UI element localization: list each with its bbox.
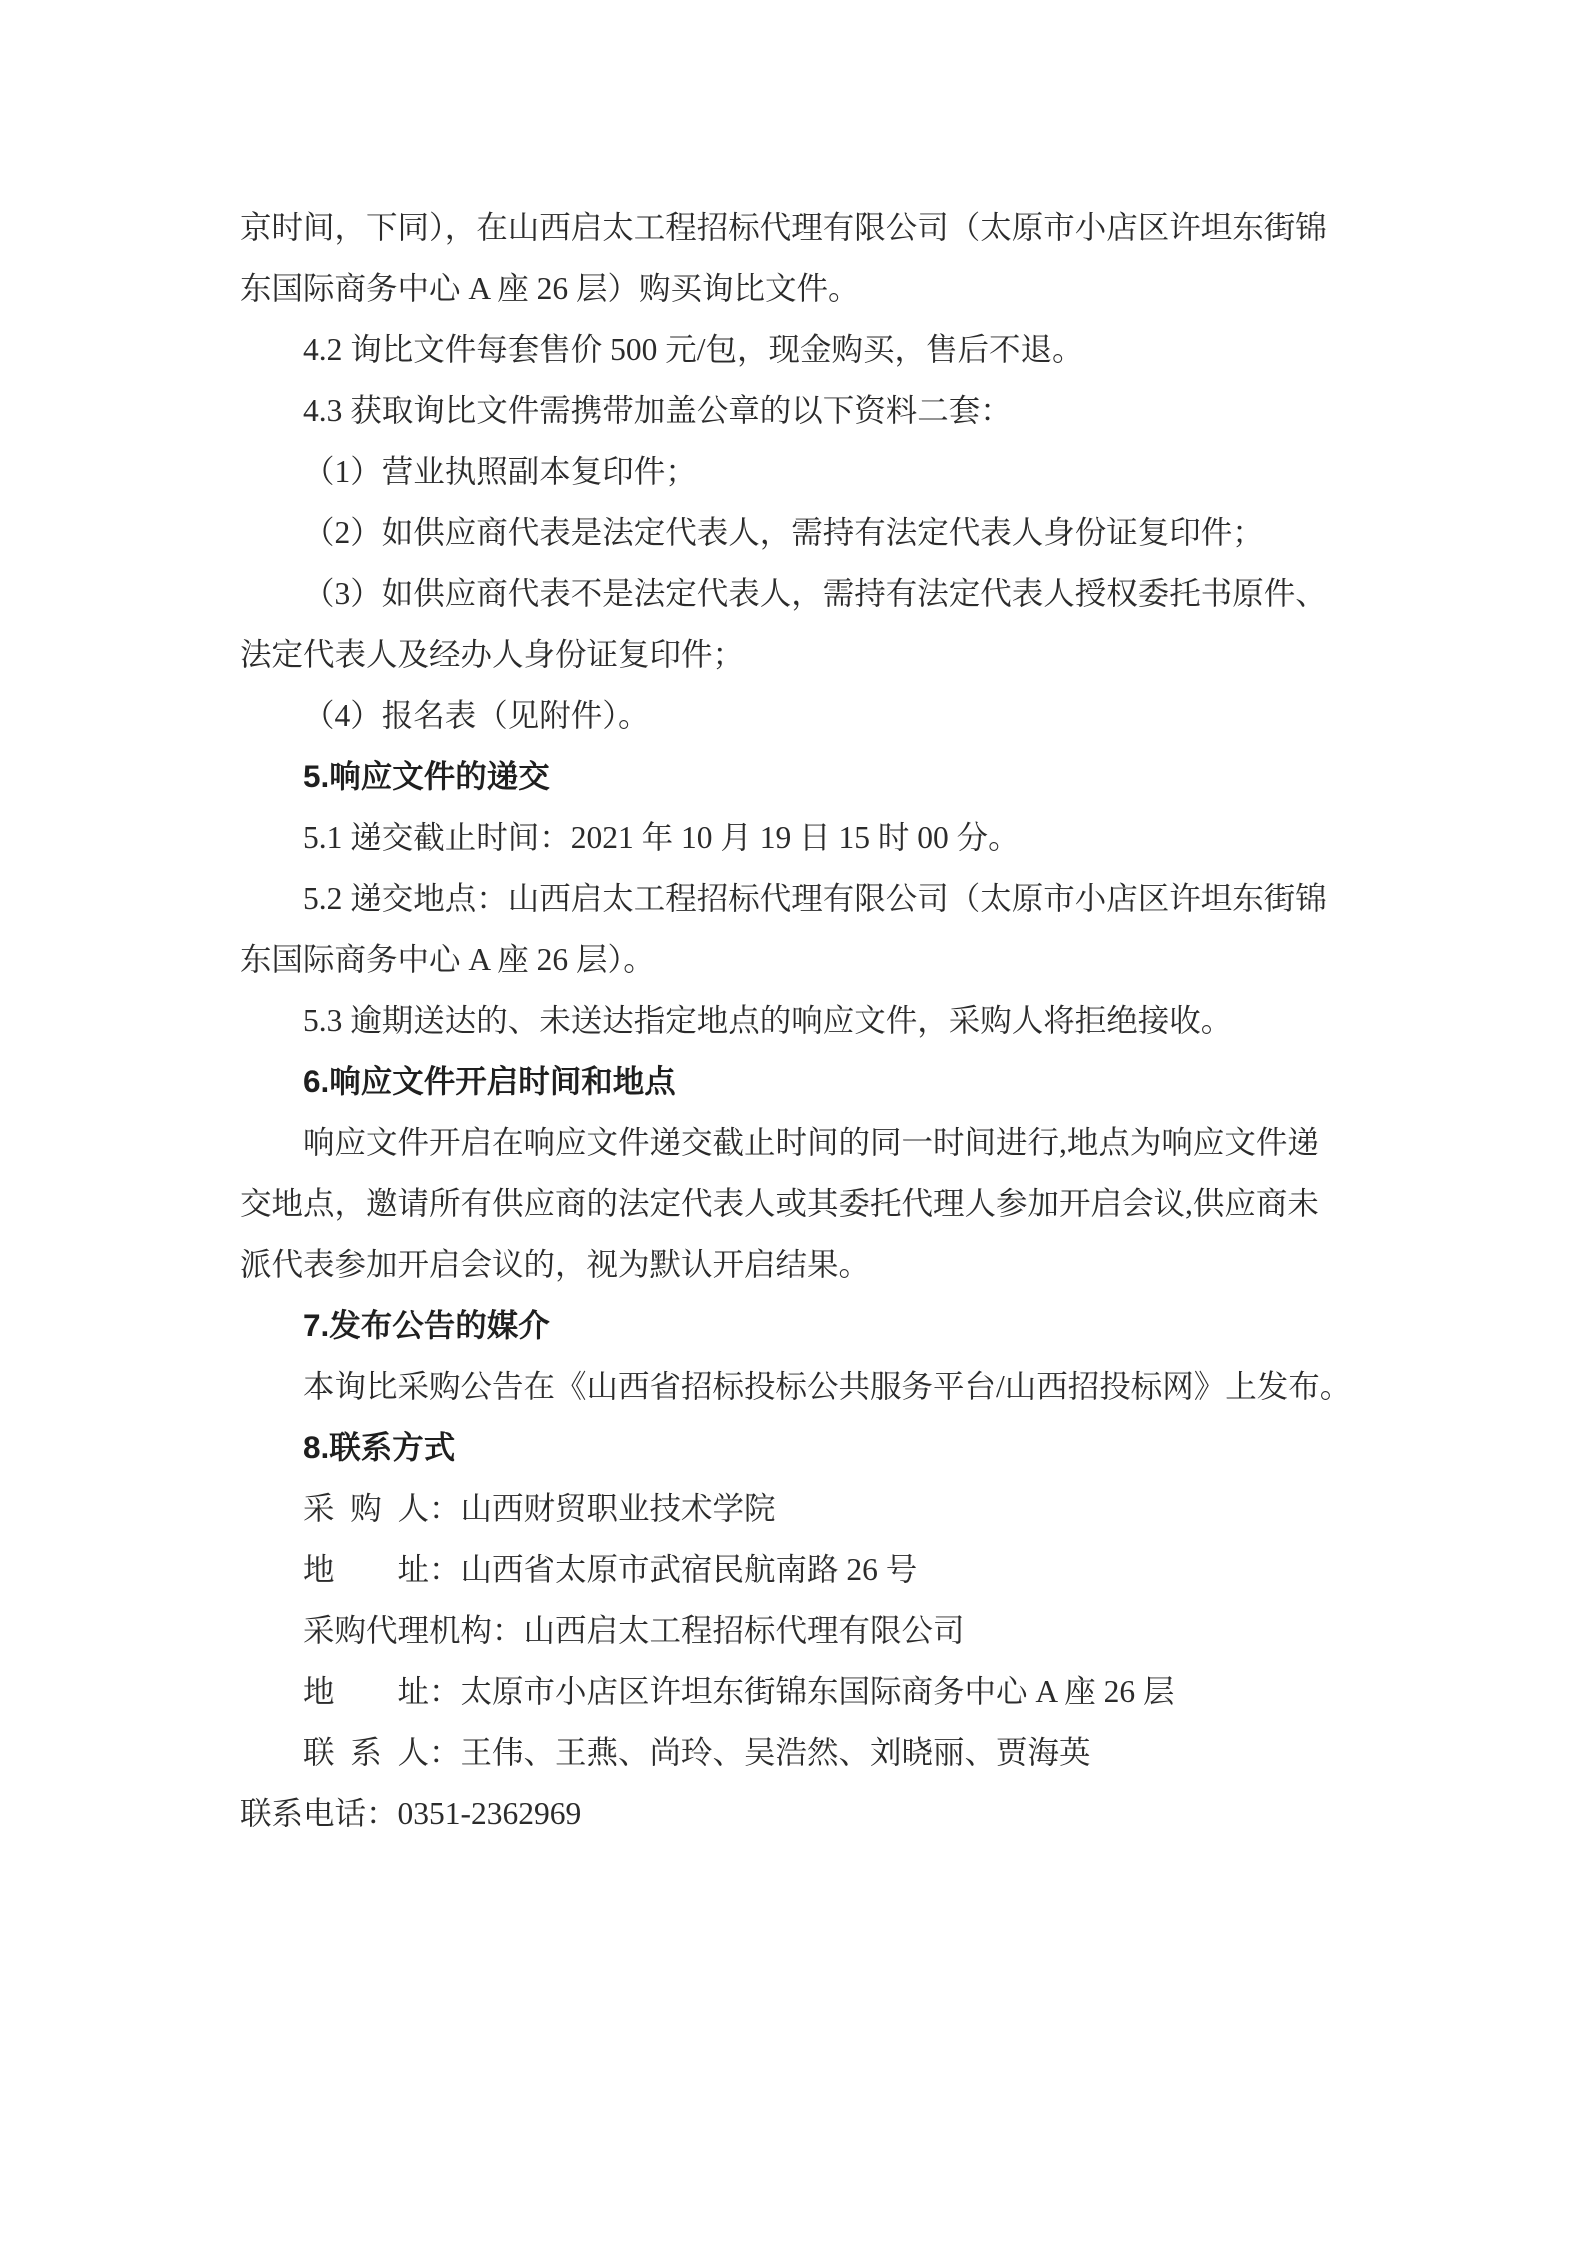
doc-line: 东国际商务中心 A 座 26 层）。 bbox=[240, 929, 1420, 990]
contact-label: 采购人 bbox=[303, 1478, 429, 1539]
line-text: 响应文件开启在响应文件递交截止时间的同一时间进行,地点为响应文件递 bbox=[303, 1125, 1319, 1160]
line-text: 法定代表人及经办人身份证复印件； bbox=[240, 637, 744, 672]
doc-line: 5.1 递交截止时间：2021 年 10 月 19 日 15 时 00 分。 bbox=[240, 807, 1420, 868]
doc-line: 交地点，邀请所有供应商的法定代表人或其委托代理人参加开启会议,供应商未 bbox=[240, 1173, 1420, 1234]
contact-label: 联系人 bbox=[303, 1722, 429, 1783]
line-text: 4.2 询比文件每套售价 500 元/包，现金购买，售后不退。 bbox=[303, 332, 1084, 367]
doc-line: （2）如供应商代表是法定代表人，需持有法定代表人身份证复印件； bbox=[240, 502, 1420, 563]
contact-label: 地址 bbox=[303, 1539, 429, 1600]
line-text: 交地点，邀请所有供应商的法定代表人或其委托代理人参加开启会议,供应商未 bbox=[240, 1186, 1319, 1221]
doc-line: 4.2 询比文件每套售价 500 元/包，现金购买，售后不退。 bbox=[240, 319, 1420, 380]
contact-label: 采购代理机构 bbox=[303, 1613, 492, 1648]
doc-line: 5.3 逾期送达的、未送达指定地点的响应文件，采购人将拒绝接收。 bbox=[240, 990, 1420, 1051]
line-text: ：太原市小店区许坦东街锦东国际商务中心 A 座 26 层 bbox=[429, 1674, 1175, 1709]
line-text: 5.1 递交截止时间：2021 年 10 月 19 日 15 时 00 分。 bbox=[303, 820, 1020, 855]
doc-line: 7.发布公告的媒介 bbox=[240, 1295, 1420, 1356]
doc-line: 5.响应文件的递交 bbox=[240, 746, 1420, 807]
doc-line: 8.联系方式 bbox=[240, 1417, 1420, 1478]
doc-line: 4.3 获取询比文件需携带加盖公章的以下资料二套： bbox=[240, 380, 1420, 441]
doc-line: 派代表参加开启会议的，视为默认开启结果。 bbox=[240, 1234, 1420, 1295]
doc-line: （3）如供应商代表不是法定代表人，需持有法定代表人授权委托书原件、 bbox=[240, 563, 1420, 624]
line-text: 5.响应文件的递交 bbox=[303, 758, 550, 794]
doc-line: 联系电话：0351-2362969 bbox=[240, 1783, 1420, 1844]
line-text: （3）如供应商代表不是法定代表人，需持有法定代表人授权委托书原件、 bbox=[303, 576, 1327, 611]
document-page: 京时间，下同），在山西启太工程招标代理有限公司（太原市小店区许坦东街锦东国际商务… bbox=[0, 0, 1587, 2245]
doc-line: 本询比采购公告在《山西省招标投标公共服务平台/山西招投标网》上发布。 bbox=[240, 1356, 1420, 1417]
doc-line: 5.2 递交地点：山西启太工程招标代理有限公司（太原市小店区许坦东街锦 bbox=[240, 868, 1420, 929]
doc-line: 东国际商务中心 A 座 26 层）购买询比文件。 bbox=[240, 258, 1420, 319]
doc-line: （4）报名表（见附件）。 bbox=[240, 685, 1420, 746]
document-text-block: 京时间，下同），在山西启太工程招标代理有限公司（太原市小店区许坦东街锦东国际商务… bbox=[240, 197, 1420, 1844]
doc-line: （1）营业执照副本复印件； bbox=[240, 441, 1420, 502]
line-text: 4.3 获取询比文件需携带加盖公章的以下资料二套： bbox=[303, 393, 1012, 428]
doc-line: 响应文件开启在响应文件递交截止时间的同一时间进行,地点为响应文件递 bbox=[240, 1112, 1420, 1173]
line-text: 东国际商务中心 A 座 26 层）。 bbox=[240, 942, 655, 977]
doc-line: 采购人：山西财贸职业技术学院 bbox=[240, 1478, 1420, 1539]
line-text: 7.发布公告的媒介 bbox=[303, 1307, 550, 1343]
line-text: （4）报名表（见附件）。 bbox=[303, 698, 650, 733]
doc-line: 京时间，下同），在山西启太工程招标代理有限公司（太原市小店区许坦东街锦 bbox=[240, 197, 1420, 258]
line-text: 本询比采购公告在《山西省招标投标公共服务平台/山西招投标网》上发布。 bbox=[303, 1369, 1351, 1404]
line-text: 东国际商务中心 A 座 26 层）购买询比文件。 bbox=[240, 271, 860, 306]
line-text: ：山西省太原市武宿民航南路 26 号 bbox=[429, 1552, 917, 1587]
line-text: ：山西启太工程招标代理有限公司 bbox=[492, 1613, 965, 1648]
line-text: （2）如供应商代表是法定代表人，需持有法定代表人身份证复印件； bbox=[303, 515, 1264, 550]
line-text: 5.2 递交地点：山西启太工程招标代理有限公司（太原市小店区许坦东街锦 bbox=[303, 881, 1327, 916]
doc-line: 采购代理机构：山西启太工程招标代理有限公司 bbox=[240, 1600, 1420, 1661]
line-text: 联系电话：0351-2362969 bbox=[240, 1796, 581, 1831]
contact-label: 地址 bbox=[303, 1661, 429, 1722]
doc-line: 地址：太原市小店区许坦东街锦东国际商务中心 A 座 26 层 bbox=[240, 1661, 1420, 1722]
doc-line: 法定代表人及经办人身份证复印件； bbox=[240, 624, 1420, 685]
line-text: （1）营业执照副本复印件； bbox=[303, 454, 697, 489]
doc-line: 地址：山西省太原市武宿民航南路 26 号 bbox=[240, 1539, 1420, 1600]
line-text: 派代表参加开启会议的，视为默认开启结果。 bbox=[240, 1247, 870, 1282]
doc-line: 联系人：王伟、王燕、尚玲、吴浩然、刘晓丽、贾海英 bbox=[240, 1722, 1420, 1783]
doc-line: 6.响应文件开启时间和地点 bbox=[240, 1051, 1420, 1112]
line-text: 5.3 逾期送达的、未送达指定地点的响应文件，采购人将拒绝接收。 bbox=[303, 1003, 1232, 1038]
line-text: 8.联系方式 bbox=[303, 1429, 455, 1465]
line-text: 京时间，下同），在山西启太工程招标代理有限公司（太原市小店区许坦东街锦 bbox=[240, 210, 1327, 245]
line-text: ：山西财贸职业技术学院 bbox=[429, 1491, 776, 1526]
line-text: ：王伟、王燕、尚玲、吴浩然、刘晓丽、贾海英 bbox=[429, 1735, 1091, 1770]
line-text: 6.响应文件开启时间和地点 bbox=[303, 1063, 676, 1099]
